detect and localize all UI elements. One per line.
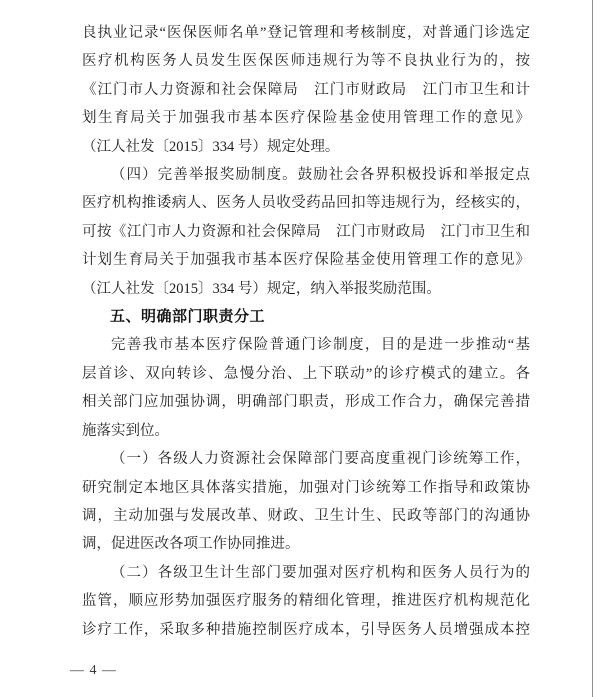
body-line: 调，促进医改各项工作协同推进。 xyxy=(82,530,530,558)
page-right-edge-line xyxy=(592,0,593,697)
body-line: 调，主动加强与发展改革、财政、卫生计生、民政等部门的沟通协 xyxy=(82,502,530,530)
body-line: 完善我市基本医疗保险普通门诊制度，目的是进一步推动“基 xyxy=(82,331,530,359)
body-line: 《江门市人力资源和社会保障局 江门市财政局 江门市卫生和计 xyxy=(82,76,530,104)
body-line: 医疗机构医务人员发生医保医师违规行为等不良执业行为的，按 xyxy=(82,47,530,75)
body-line: 相关部门应加强协调，明确部门职责，形成工作合力，确保完善措 xyxy=(82,388,530,416)
page-number: — 4 — xyxy=(70,663,117,679)
body-line: （二）各级卫生计生部门要加强对医疗机构和医务人员行为的 xyxy=(82,559,530,587)
body-line: 施落实到位。 xyxy=(82,417,530,445)
body-line: （江人社发〔2015〕334 号）规定，纳入举报奖励范围。 xyxy=(82,275,530,303)
body-line: 诊疗工作，采取多种措施控制医疗成本，引导医务人员增强成本控 xyxy=(82,616,530,644)
body-line: （一）各级人力资源社会保障部门要高度重视门诊统筹工作， xyxy=(82,445,530,473)
body-line: 层首诊、双向转诊、急慢分治、上下联动”的诊疗模式的建立。各 xyxy=(82,360,530,388)
body-line: 可按《江门市人力资源和社会保障局 江门市财政局 江门市卫生和 xyxy=(82,218,530,246)
body-line: 监管，顺应形势加强医疗服务的精细化管理，推进医疗机构规范化 xyxy=(82,587,530,615)
body-line: （江人社发〔2015〕334 号）规定处理。 xyxy=(82,133,530,161)
document-body: 良执业记录“医保医师名单”登记管理和考核制度，对普通门诊选定 医疗机构医务人员发… xyxy=(82,19,530,644)
body-line: （四）完善举报奖励制度。鼓励社会各界积极投诉和举报定点 xyxy=(82,161,530,189)
section-heading: 五、明确部门职责分工 xyxy=(82,303,530,331)
body-line: 计划生育局关于加强我市基本医疗保险基金使用管理工作的意见》 xyxy=(82,246,530,274)
body-line: 医疗机构推诿病人、医务人员收受药品回扣等违规行为，经核实的， xyxy=(82,189,530,217)
body-line: 良执业记录“医保医师名单”登记管理和考核制度，对普通门诊选定 xyxy=(82,19,530,47)
document-page: 良执业记录“医保医师名单”登记管理和考核制度，对普通门诊选定 医疗机构医务人员发… xyxy=(0,0,596,697)
body-line: 研究制定本地区具体落实措施，加强对门诊统筹工作指导和政策协 xyxy=(82,474,530,502)
body-line: 划生育局关于加强我市基本医疗保险基金使用管理工作的意见》 xyxy=(82,104,530,132)
